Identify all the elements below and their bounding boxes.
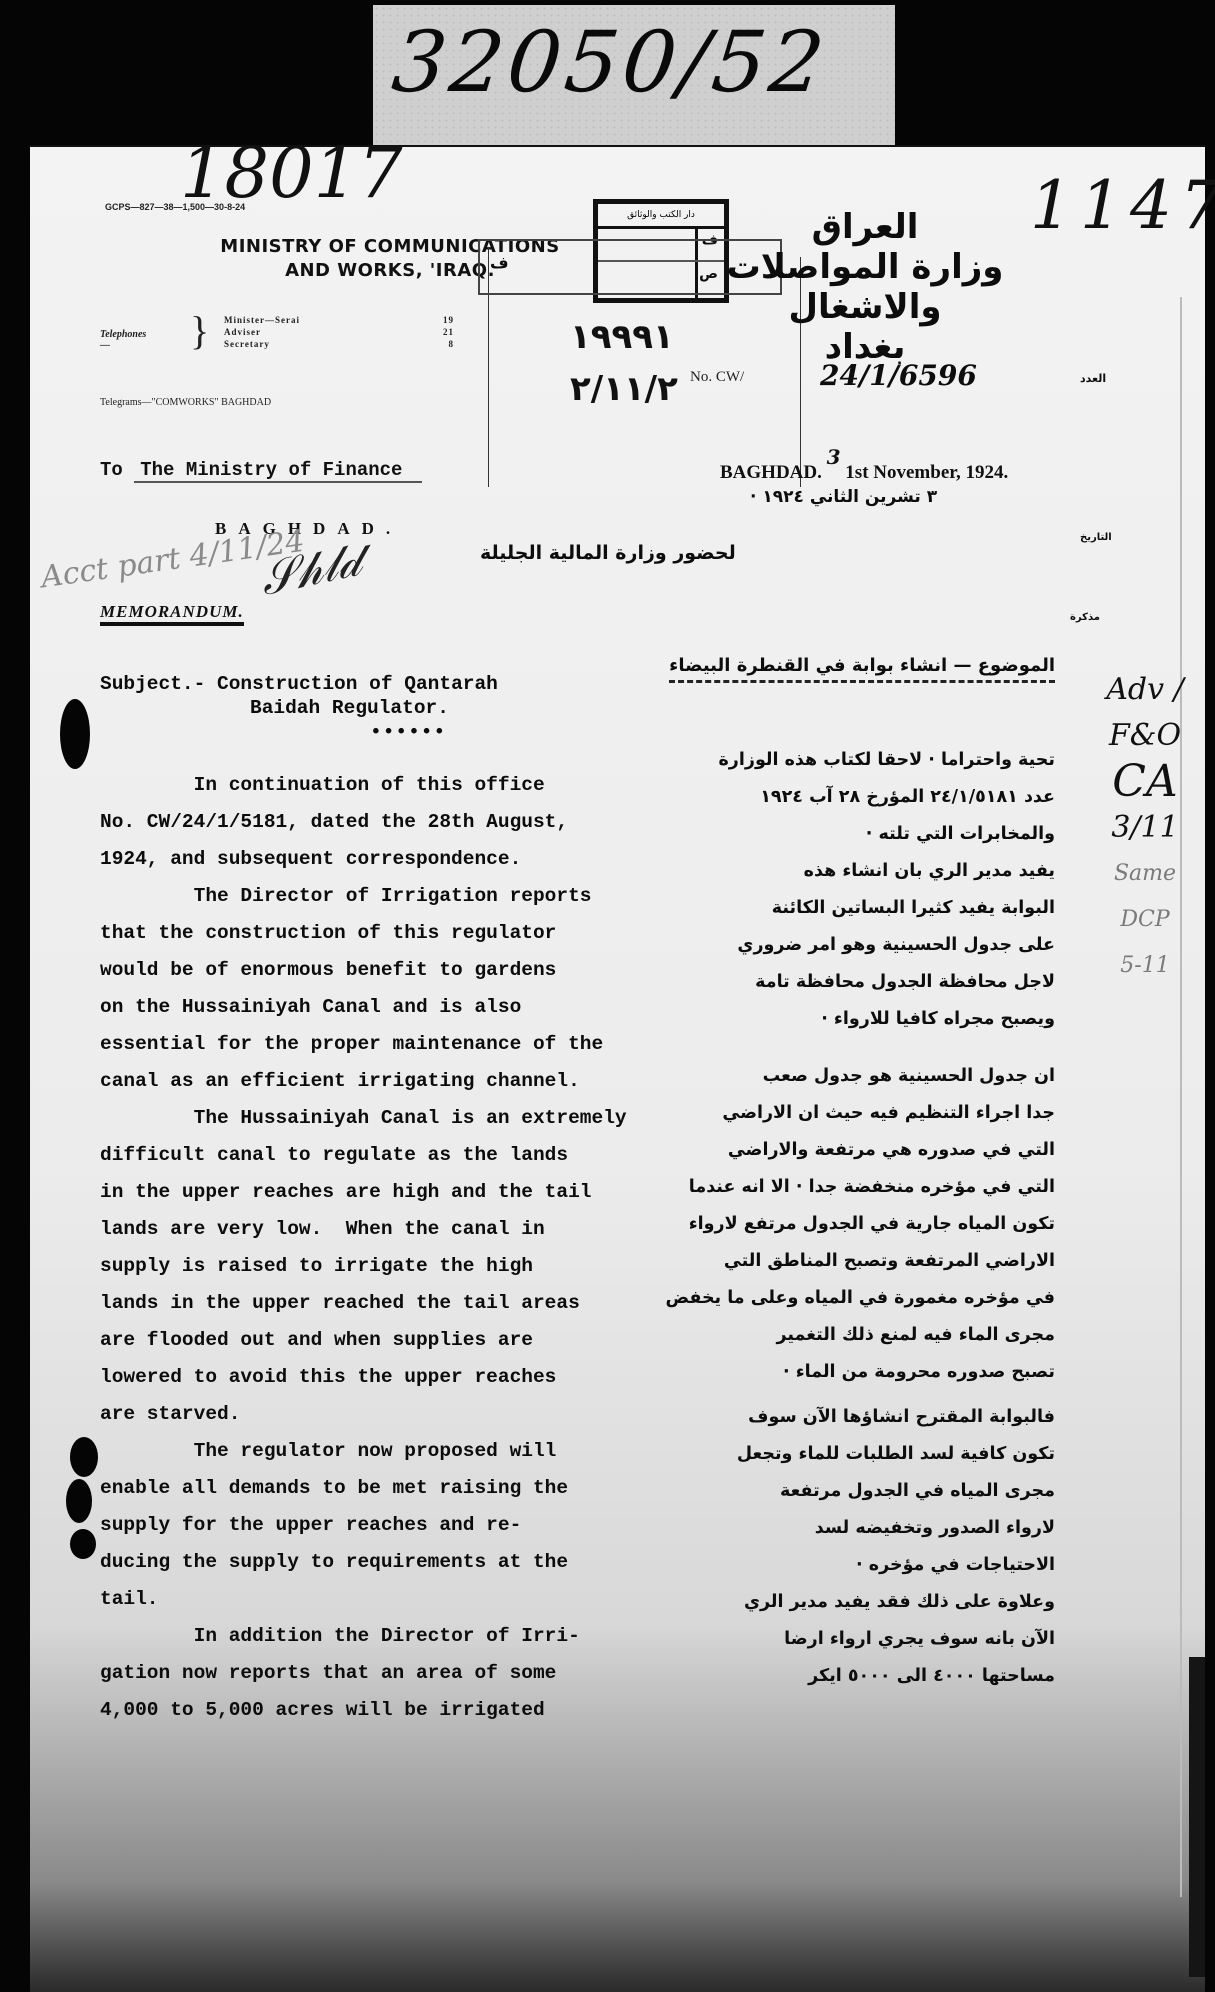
body-arabic-line: التي في صدوره هي مرتفعة والاراضي (615, 1132, 1055, 1169)
pencil-note: Same (1090, 851, 1200, 897)
addressee-name: The Ministry of Finance (134, 459, 422, 483)
body-arabic-line: مجرى الماء فيه لمنع ذلك التغمير (615, 1317, 1055, 1354)
archive-reference-number: 32050/52 (388, 13, 833, 111)
body-arabic-line: ان جدول الحسينية هو جدول صعب (615, 1058, 1055, 1095)
body-arabic: تحية واحتراما · لاحقا لكتاب هذه الوزارة … (615, 742, 1055, 1695)
body-arabic-line: تكون كافية لسد الطلبات للماء وتجعل (615, 1436, 1055, 1473)
punch-hole (60, 699, 90, 769)
body-arabic-line: الآن بانه سوف يجري ارواء ارضا (615, 1621, 1055, 1658)
body-arabic-line: مجرى المياه في الجدول مرتفعة (615, 1473, 1055, 1510)
body-arabic-line: الاراضي المرتفعة وتصبح المناطق التي (615, 1243, 1055, 1280)
page-fold-line (1180, 297, 1182, 1897)
addressee-line: To The Ministry of Finance (100, 459, 422, 481)
body-arabic-line: وعلاوة على ذلك فقد يفيد مدير الري (615, 1584, 1055, 1621)
body-arabic-line: يفيد مدير الري بان انشاء هذه (615, 853, 1055, 890)
dateline: BAGHDAD. 3 1st November, 1924. (720, 459, 1008, 484)
body-arabic-line: فالبوابة المقترح انشاؤها الآن سوف (615, 1399, 1055, 1436)
punch-hole (70, 1437, 98, 1477)
reference-number: 24/1/6596 (820, 359, 977, 392)
body-arabic-line: لارواء الصدور وتخفيضه لسد (615, 1510, 1055, 1547)
page-edge-shadow (1189, 1657, 1205, 1977)
brace-icon: } (190, 311, 209, 351)
subject-line-1: Construction of Qantarah (217, 673, 498, 695)
body-arabic-line: في مؤخره مغمورة في المياه وعلى ما يخفض (615, 1280, 1055, 1317)
subject-label: Subject.- (100, 673, 205, 695)
reference-label: No. CW/ (690, 369, 744, 386)
punch-hole (70, 1529, 96, 1559)
telephone-row: Secretary 8 (224, 339, 454, 349)
pencil-date: 5-11 (1090, 943, 1200, 989)
stamp-header: دار الكتب والوثائق (598, 204, 724, 229)
subject-line-2: Baidah Regulator. (100, 696, 498, 720)
telegram-address: Telegrams—"COMWORKS" BAGHDAD (100, 397, 271, 408)
registry-date: ٢/١١/٢ (570, 369, 678, 409)
body-line: 4,000 to 5,000 acres will be irrigated (100, 1692, 710, 1729)
addressee-arabic: لحضور وزارة المالية الجليلة (480, 542, 736, 564)
pencil-initials: DCP (1090, 897, 1200, 943)
margin-annotations: Adv / F&O CA 3/11 Same DCP 5-11 (1090, 667, 1200, 989)
dateline-arabic: ٣ تشرين الثاني ١٩٢٤ · (750, 487, 937, 507)
memorandum-page: 18017 1147 GCPS—827—38—1,500—30-8-24 MIN… (30, 145, 1205, 1992)
body-arabic-line: البوابة يفيد كثيرا البساتين الكائنة (615, 890, 1055, 927)
subject-ornament: •••••• (100, 720, 498, 744)
body-arabic-line: تصبح صدوره محرومة من الماء · (615, 1354, 1055, 1391)
letterhead-arabic: العراق وزارة المواصلات والاشغال بغداد (725, 207, 1005, 367)
telephones-label: Telephones— (100, 329, 146, 351)
memorandum-arabic-label: مذكرة (1070, 612, 1100, 623)
subject-block: Subject.- Construction of Qantarah Baida… (100, 672, 498, 744)
to-label: To (100, 459, 123, 481)
body-arabic-line: على جدول الحسينية وهو امر ضروري (615, 927, 1055, 964)
body-arabic-line: ويصبح مجراه كافيا للارواء · (615, 1001, 1055, 1038)
print-serial: GCPS—827—38—1,500—30-8-24 (105, 202, 245, 212)
body-arabic-line: عدد ٢٤/١/٥١٨١ المؤرخ ٢٨ آب ١٩٢٤ (615, 779, 1055, 816)
body-arabic-line: مساحتها ٤٠٠٠ الى ٥٠٠٠ ايكر (615, 1658, 1055, 1695)
body-arabic-line: الاحتياجات في مؤخره · (615, 1547, 1055, 1584)
margin-date: 3/11 (1090, 805, 1200, 851)
body-arabic-line: التي في مؤخره منخفضة جدا · الا انه عندما (615, 1169, 1055, 1206)
body-arabic-line: جدا اجراء التنظيم فيه حيث ان الاراضي (615, 1095, 1055, 1132)
telephone-row: Adviser 21 (224, 327, 454, 337)
telephone-row: Minister—Serai 19 (224, 315, 454, 325)
body-arabic-line: تكون المياه جارية في الجدول مرتفع لارواء (615, 1206, 1055, 1243)
reference-arabic-label: العدد (1080, 372, 1106, 385)
dateline-date: 1st November, 1924. (845, 462, 1008, 483)
body-arabic-line: والمخابرات التي تلته · (615, 816, 1055, 853)
date-arabic-label: التاريخ (1080, 532, 1112, 543)
dateline-city: BAGHDAD. (720, 462, 822, 483)
memorandum-heading: MEMORANDUM. (100, 602, 244, 626)
archive-reference-card: 32050/52 (373, 5, 895, 145)
margin-initials: Adv / F&O (1090, 667, 1200, 759)
dateline-day-handwritten: 3 (827, 445, 841, 469)
body-arabic-line: لاجل محافظة الجدول محافظة تامة (615, 964, 1055, 1001)
body-arabic-line: تحية واحتراما · لاحقا لكتاب هذه الوزارة (615, 742, 1055, 779)
subject-arabic: الموضوع — انشاء بوابة في القنطرة البيضاء (669, 655, 1055, 683)
punch-hole (66, 1479, 92, 1523)
registry-number: ١٩٩٩١ (570, 317, 674, 357)
handwritten-folio-number: 1147 (1030, 167, 1215, 244)
margin-mark: CA (1090, 759, 1200, 805)
